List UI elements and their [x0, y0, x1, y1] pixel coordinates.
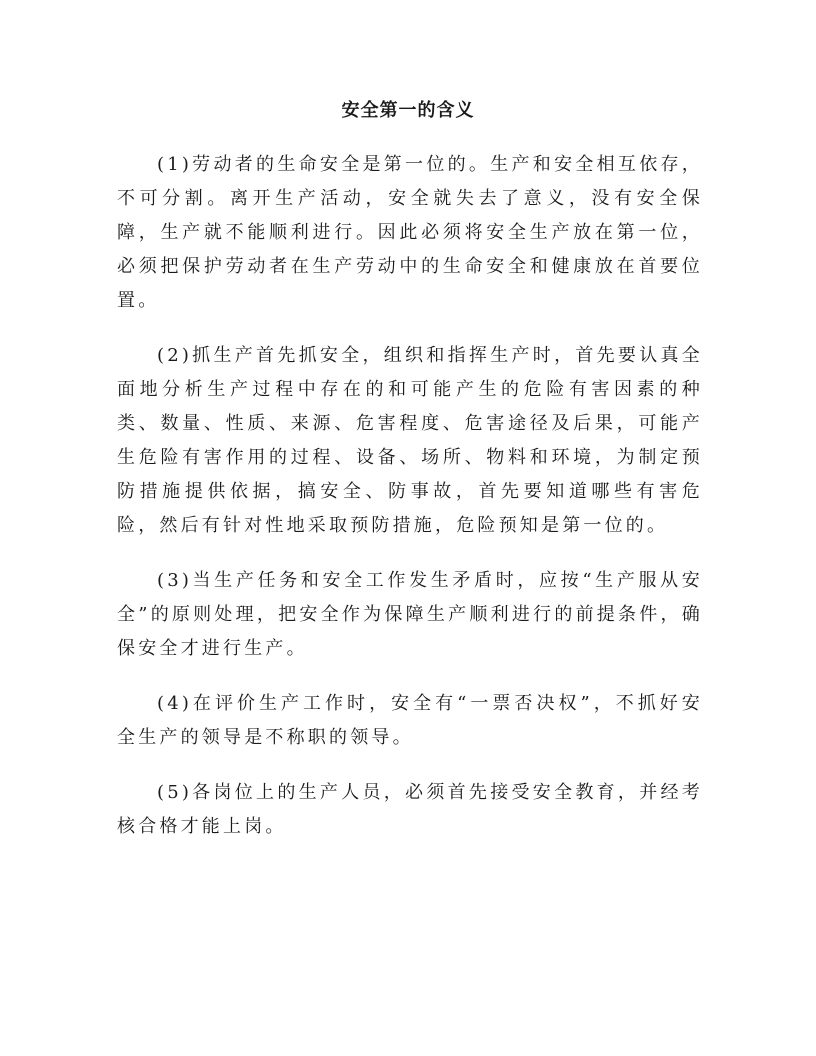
paragraph-1: (1)劳动者的生命安全是第一位的。生产和安全相互依存，不可分割。离开生产活动，安…	[117, 148, 703, 318]
document-page: 安全第一的含义 (1)劳动者的生命安全是第一位的。生产和安全相互依存，不可分割。…	[0, 0, 816, 1056]
document-title: 安全第一的含义	[0, 96, 816, 122]
paragraph-2: (2)抓生产首先抓安全，组织和指挥生产时，首先要认真全面地分析生产过程中存在的和…	[117, 339, 703, 543]
paragraph-5: (5)各岗位上的生产人员，必须首先接受安全教育，并经考核合格才能上岗。	[117, 776, 703, 844]
document-body: (1)劳动者的生命安全是第一位的。生产和安全相互依存，不可分割。离开生产活动，安…	[117, 148, 703, 865]
paragraph-4: (4)在评价生产工作时，安全有“一票否决权”，不抓好安全生产的领导是不称职的领导…	[117, 687, 703, 755]
paragraph-3: (3)当生产任务和安全工作发生矛盾时，应按“生产服从安全”的原则处理，把安全作为…	[117, 564, 703, 666]
